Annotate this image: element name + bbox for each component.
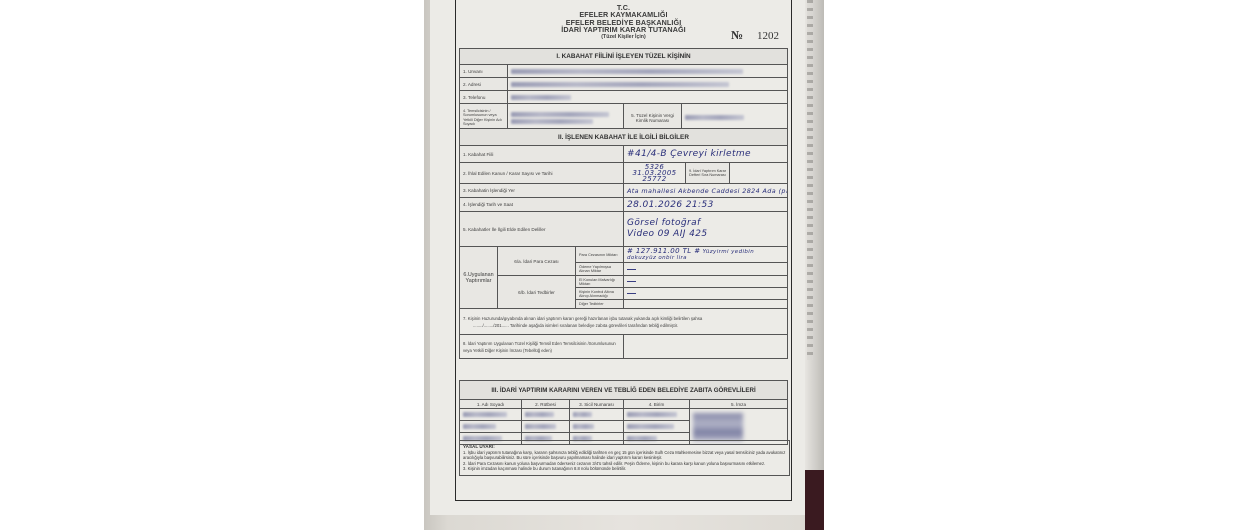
value-unvan — [508, 65, 788, 78]
penalty-form: T.C. EFELER KAYMAKAMLIĞI EFELER BELEDİYE… — [455, 0, 792, 501]
notice-line-1: 7. Kişinin Huzurunda/gıyabında alınan id… — [463, 315, 784, 322]
label-unvan: 1. Unvanı — [460, 65, 508, 78]
col-registry: 3. Sicil Numarası — [570, 400, 624, 409]
label-other-measures: Diğer Tedbirler — [576, 300, 624, 309]
label-rep-signature: 8. İdari Yaptırım Uygulanan Tüzel Kişili… — [460, 335, 624, 359]
value-place: Ata mahallesi Akbende Caddesi 2824 Ada (… — [624, 184, 788, 198]
section2-table: II. İŞLENEN KABAHAT İLE İLGİLİ BİLGİLER … — [459, 128, 788, 359]
officer-rank — [522, 421, 570, 433]
fine-amount: # 127.911.00 TL # — [627, 247, 700, 255]
officer-rank — [522, 409, 570, 421]
section2-title: II. İŞLENEN KABAHAT İLE İLGİLİ BİLGİLER — [460, 129, 788, 146]
value-datetime: 28.01.2026 21:53 — [624, 198, 788, 212]
form-number-value: 1202 — [757, 30, 779, 42]
label-law: 2. İhlal Edilen Kanun / Karar Sayısı ve … — [460, 163, 624, 184]
value-evidence: Görsel fotoğrafVideo 09 AIJ 425 — [624, 212, 788, 247]
value-registry-no — [730, 163, 788, 184]
officer-unit — [624, 421, 690, 433]
underlying-page-edge — [805, 0, 824, 530]
label-place: 3. Kabahatin İşlendiği Yer — [460, 184, 624, 198]
value-fine-amount: # 127.911.00 TL # Yüzyirmi yedibin dokuz… — [624, 247, 788, 263]
legal-warning: YASAL UYARI: 1. İşbu idari yaptırım tuta… — [459, 440, 790, 476]
section3-title: III. İDARİ YAPTIRIM KARARINI VEREN VE TE… — [460, 381, 788, 400]
number-symbol: № — [731, 28, 743, 42]
officer-name — [460, 409, 522, 421]
label-seized: El Konulan Malvarlığı Miktarı — [576, 276, 624, 288]
form-number: №1202 — [731, 28, 779, 43]
value-rep-signature — [624, 335, 788, 359]
label-registry-no: 9. İdari Yaptırım Karar Defteri Sıra Num… — [686, 163, 730, 184]
value-custody: — — [624, 288, 788, 300]
label-fine-amount: Para Cezasının Miktarı — [576, 247, 624, 263]
officer-registry — [570, 421, 624, 433]
col-unit: 4. Birim — [624, 400, 690, 409]
section1-table: I. KABAHAT FİİLİNİ İŞLEYEN TÜZEL KİŞİNİN… — [459, 48, 788, 132]
value-telefon — [508, 91, 788, 104]
label-paid-amount: Ödeme Yapılmışsa Alınan Miktar — [576, 263, 624, 276]
officer-row — [460, 409, 788, 421]
value-law: 5326 31.03.200525772 — [624, 163, 686, 184]
label-custody: Kişinin Kontrol Altına Alınıp Alınmadığı — [576, 288, 624, 300]
label-telefon: 3. Telefonu — [460, 91, 508, 104]
evidence-video: Video 09 AIJ 425 — [627, 229, 784, 240]
value-adres — [508, 78, 788, 91]
officer-unit — [624, 409, 690, 421]
col-rank: 2. Rütbesi — [522, 400, 570, 409]
label-datetime: 4. İşlendiği Tarih ve Saat — [460, 198, 624, 212]
legal-item-3: 3. Kişinin imzadan kaçınması halinde bu … — [463, 466, 786, 472]
label-offense: 1. Kabahat Fiili — [460, 146, 624, 163]
label-fine-group: 6/a. İdari Para Cezası — [498, 247, 576, 276]
col-signature: 5. İmza — [690, 400, 788, 409]
officer-name — [460, 421, 522, 433]
value-paid-amount: — — [624, 263, 788, 276]
legal-title: YASAL UYARI: — [463, 444, 495, 449]
notice-line-2: ......../......../201...... Tarihinde aş… — [463, 322, 784, 329]
officer-registry — [570, 409, 624, 421]
section3-table: III. İDARİ YAPTIRIM KARARINI VEREN VE TE… — [459, 380, 788, 445]
notice-text: 7. Kişinin Huzurunda/gıyabında alınan id… — [460, 309, 788, 335]
col-name: 1. Adı Soyadı — [460, 400, 522, 409]
label-evidence: 5. Kabahatler İle İlgili Elde Edilen Del… — [460, 212, 624, 247]
value-offense: #41/4-B Çevreyi kirletme — [624, 146, 788, 163]
evidence-photo: Görsel fotoğraf — [627, 218, 784, 229]
label-adres: 2. Adresi — [460, 78, 508, 91]
value-seized: — — [624, 276, 788, 288]
label-sanctions: 6.Uygulanan Yaptırımlar — [460, 247, 498, 309]
label-measures-group: 6/b. İdari Tedbirler — [498, 276, 576, 309]
legal-item-1: 1. İşbu idari yaptırım tutanağına karşı,… — [463, 450, 786, 461]
table-surface — [805, 470, 824, 530]
value-other-measures — [624, 300, 788, 309]
section1-title: I. KABAHAT FİİLİNİ İŞLEYEN TÜZEL KİŞİNİN — [460, 49, 788, 65]
